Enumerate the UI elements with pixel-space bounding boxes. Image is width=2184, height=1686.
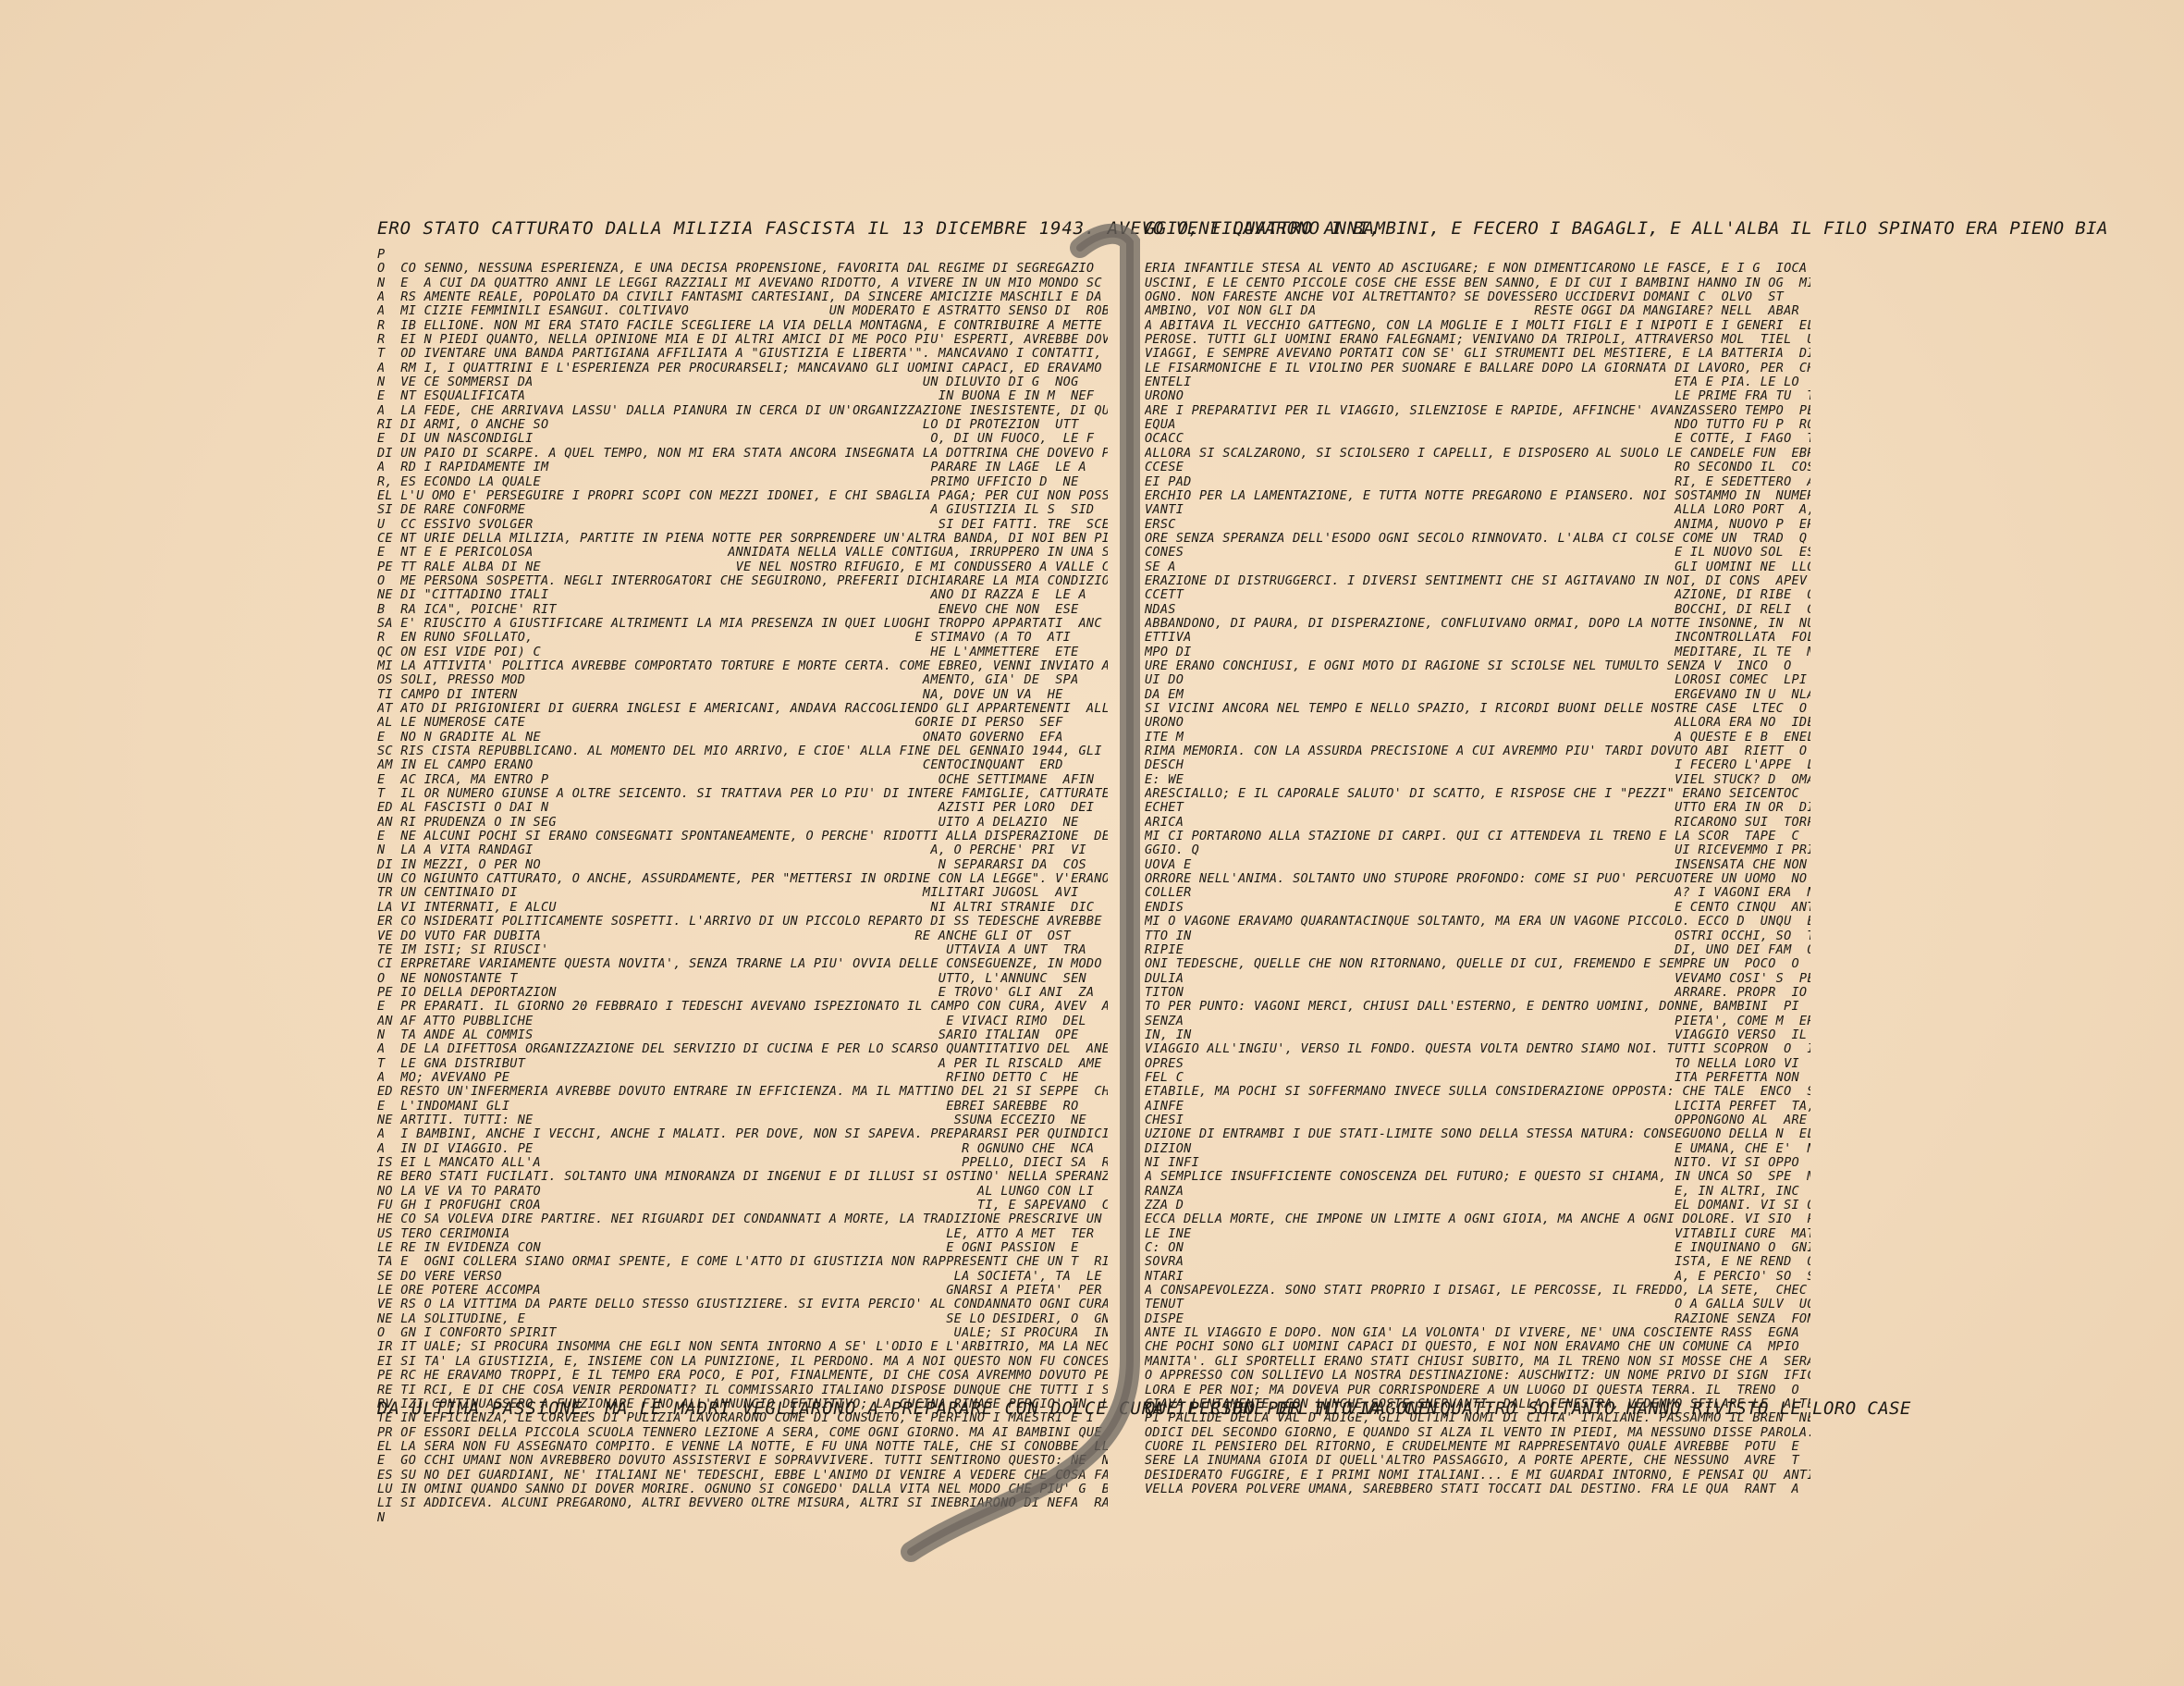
charcoal-bracket-stroke-icon: [0, 0, 2184, 1686]
